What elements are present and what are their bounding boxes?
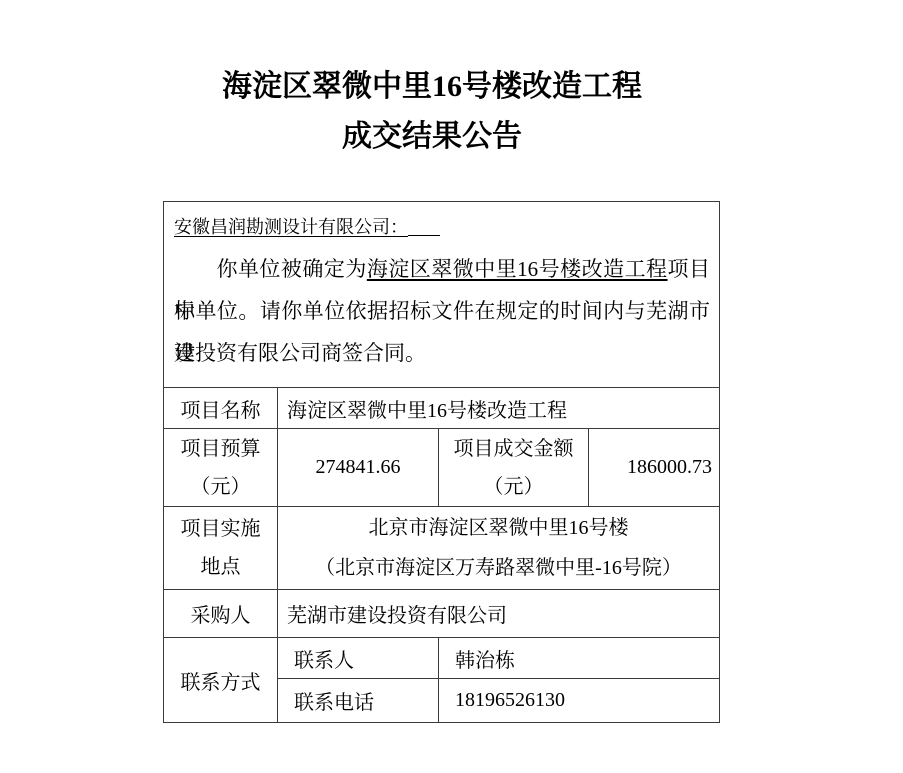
announcement-table: 安徽昌润勘测设计有限公司： 你单位被确定为海淀区翠微中里16号楼改造工程项目中 … <box>163 201 720 723</box>
budget-label: 项目预算 （元） <box>164 429 278 507</box>
budget-label-line1: 项目预算 <box>164 430 277 468</box>
project-name-row: 项目名称 海淀区翠微中里16号楼改造工程 <box>164 388 720 429</box>
location-row: 项目实施 地点 北京市海淀区翠微中里16号楼 （北京市海淀区万寿路翠微中里-16… <box>164 507 720 590</box>
contact-person-label: 联系人 <box>278 638 439 679</box>
notice-row: 安徽昌润勘测设计有限公司： 你单位被确定为海淀区翠微中里16号楼改造工程项目中 … <box>164 202 720 388</box>
deal-amount-label-line2: （元） <box>439 468 588 506</box>
notice-line-2: 标单位。请你单位依据招标文件在规定的时间内与芜湖市建 <box>174 290 710 332</box>
salutation-line: 安徽昌润勘测设计有限公司： <box>174 206 710 248</box>
project-name-value: 海淀区翠微中里16号楼改造工程 <box>278 388 720 429</box>
location-value-line1: 北京市海淀区翠微中里16号楼 <box>278 508 719 548</box>
purchaser-value: 芜湖市建设投资有限公司 <box>278 590 720 638</box>
notice-cell: 安徽昌润勘测设计有限公司： 你单位被确定为海淀区翠微中里16号楼改造工程项目中 … <box>164 202 720 388</box>
contact-person-value: 韩治栋 <box>439 638 720 679</box>
purchaser-label: 采购人 <box>164 590 278 638</box>
document-body: 海淀区翠微中里16号楼改造工程 成交结果公告 安徽昌润勘测设计有限公司： 你单位… <box>163 0 719 723</box>
deal-amount-label: 项目成交金额 （元） <box>439 429 589 507</box>
project-name-label: 项目名称 <box>164 388 278 429</box>
document-title-line2: 成交结果公告 <box>154 112 710 162</box>
deal-amount-value: 186000.73 <box>589 429 720 507</box>
location-value: 北京市海淀区翠微中里16号楼 （北京市海淀区万寿路翠微中里-16号院） <box>278 507 720 590</box>
purchaser-row: 采购人 芜湖市建设投资有限公司 <box>164 590 720 638</box>
contact-person-row: 联系方式 联系人 韩治栋 <box>164 638 720 679</box>
location-label: 项目实施 地点 <box>164 507 278 590</box>
notice-line-1: 你单位被确定为海淀区翠微中里16号楼改造工程项目中 <box>174 248 710 290</box>
winning-bidder-name: 安徽昌润勘测设计有限公司： <box>174 217 408 237</box>
contact-phone-value: 18196526130 <box>439 679 720 723</box>
document-title-line1: 海淀区翠微中里16号楼改造工程 <box>154 62 710 112</box>
document-page: 海淀区翠微中里16号楼改造工程 成交结果公告 安徽昌润勘测设计有限公司： 你单位… <box>0 0 903 773</box>
budget-row: 项目预算 （元） 274841.66 项目成交金额 （元） 186000.73 <box>164 429 720 507</box>
budget-label-line2: （元） <box>164 468 277 506</box>
project-name-underlined: 海淀区翠微中里16号楼改造工程 <box>367 257 668 281</box>
notice-line1-prefix: 你单位被确定为 <box>216 257 367 281</box>
location-label-line2: 地点 <box>164 548 277 586</box>
notice-line-3: 设投资有限公司商签合同。 <box>174 332 710 374</box>
location-value-line2: （北京市海淀区万寿路翠微中里-16号院） <box>278 548 719 588</box>
contact-phone-label: 联系电话 <box>278 679 439 723</box>
budget-value: 274841.66 <box>278 429 439 507</box>
deal-amount-label-line1: 项目成交金额 <box>439 430 588 468</box>
contact-method-label: 联系方式 <box>164 638 278 723</box>
location-label-line1: 项目实施 <box>164 510 277 548</box>
salutation-underline-tail <box>408 223 440 236</box>
